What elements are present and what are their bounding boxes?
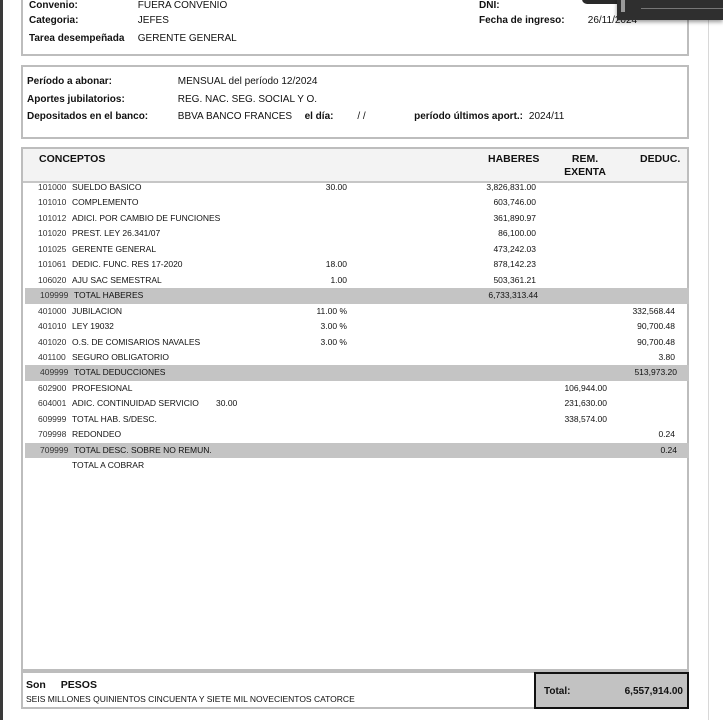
concept-quantity: 30.00 [216,396,237,412]
header-conceptos: CONCEPTOS [39,153,105,166]
table-row: 401010LEY 190323.00 %90,700.48 [23,319,687,335]
table-row: 401000JUBILACION11.00 %332,568.44 [23,304,687,320]
concept-quantity: 30.00 [326,180,347,196]
concept-description: AJU SAC SEMESTRAL [72,273,162,289]
concept-description: COMPLEMENTO [72,195,138,211]
rem-exenta-value: 106,944.00 [564,381,607,397]
haberes-value: 86,100.00 [498,226,536,242]
concept-description: GERENTE GENERAL [72,242,156,258]
concept-description: PROFESIONAL [72,381,132,397]
table-row: 101012ADICI. POR CAMBIO DE FUNCIONES361,… [23,211,687,227]
haberes-value: 878,142.23 [493,257,536,273]
aportes-value: REG. NAC. SEG. SOCIAL Y O. [178,94,317,105]
aportes-field: Aportes jubilatorios: REG. NAC. SEG. SOC… [27,94,317,105]
toolbar-handle[interactable] [621,0,625,12]
table-total-row: 109999TOTAL HABERES6,733,313.44 [25,288,689,304]
concept-quantity: 11.00 % [316,304,347,320]
categoria-label: Categoria: [29,15,135,26]
concept-quantity: 3.00 % [321,335,347,351]
deduccion-value: 0.24 [658,427,675,443]
convenio-label: Convenio: [29,0,135,11]
table-row: 101000SUELDO BASICO30.003,826,831.00 [23,180,687,196]
concept-description: ADICI. POR CAMBIO DE FUNCIONES [72,211,220,227]
concept-description: REDONDEO [72,427,121,443]
dia-value: / / [357,111,411,122]
dia-label: el día: [305,111,355,122]
deduccion-value: 332,568.44 [632,304,675,320]
haberes-value: 361,890.97 [493,211,536,227]
concept-code: 109999 [40,288,68,304]
deduccion-value: 513,973.20 [634,365,677,381]
table-row: TOTAL A COBRAR [23,458,687,474]
concept-quantity: 3.00 % [321,319,347,335]
table-row: 401020O.S. DE COMISARIOS NAVALES3.00 %90… [23,335,687,351]
table-row: 609999TOTAL HAB. S/DESC.338,574.00 [23,412,687,428]
table-row: 604001ADIC. CONTINUIDAD SERVICIO30.00231… [23,396,687,412]
ultimos-aportes-value: 2024/11 [529,111,564,122]
haberes-value: 603,746.00 [493,195,536,211]
redaction-overlay [582,0,622,4]
dni-label: DNI: [479,0,500,11]
rem-exenta-value: 231,630.00 [564,396,607,412]
table-total-row: 709999TOTAL DESC. SOBRE NO REMUN.0.24 [25,443,689,459]
table-row: 101020PREST. LEY 26.341/0786,100.00 [23,226,687,242]
employee-info-box: Convenio: FUERA CONVENIO Categoria: JEFE… [21,0,689,56]
concept-code: 709998 [38,427,66,443]
concept-code: 101061 [38,257,66,273]
tarea-value: GERENTE GENERAL [138,33,237,44]
concept-code: 609999 [38,412,66,428]
concept-code: 604001 [38,396,66,412]
dni-field: DNI: [479,0,500,11]
concept-description: ADIC. CONTINUIDAD SERVICIO [72,396,199,412]
convenio-value: FUERA CONVENIO [138,0,227,11]
period-info-box: Período a abonar: MENSUAL del período 12… [21,65,689,139]
tarea-field: Tarea desempeñada GERENTE GENERAL [29,33,237,44]
currency-label: PESOS [61,679,97,691]
table-row: 101061DEDIC. FUNC. RES 17-202018.00878,1… [23,257,687,273]
concept-description: PREST. LEY 26.341/07 [72,226,160,242]
concept-description: O.S. DE COMISARIOS NAVALES [72,335,200,351]
aportes-label: Aportes jubilatorios: [27,94,175,105]
page-left-border [0,0,3,720]
concept-description: TOTAL DEDUCCIONES [74,365,165,381]
total-label: Total: [544,686,570,697]
concept-quantity: 1.00 [330,273,347,289]
periodo-value: MENSUAL del período 12/2024 [178,76,318,87]
haberes-value: 473,242.03 [493,242,536,258]
categoria-value: JEFES [138,15,169,26]
table-row: 106020AJU SAC SEMESTRAL1.00503,361.21 [23,273,687,289]
concept-quantity: 18.00 [326,257,347,273]
concept-code: 101020 [38,226,66,242]
table-row: 401100SEGURO OBLIGATORIO3.80 [23,350,687,366]
concept-code: 101000 [38,180,66,196]
concept-code: 401100 [38,350,66,366]
table-row: 602900PROFESIONAL106,944.00 [23,381,687,397]
concept-code: 101012 [38,211,66,227]
fecha-ingreso-label: Fecha de ingreso: [479,15,585,26]
table-row: 709998REDONDEO0.24 [23,427,687,443]
concept-description: TOTAL A COBRAR [72,458,144,474]
haberes-value: 6,733,313.44 [488,288,538,304]
deduccion-value: 90,700.48 [637,335,675,351]
rem-exenta-value: 338,574.00 [564,412,607,428]
amount-in-words: SEIS MILLONES QUINIENTOS CINCUENTA Y SIE… [26,694,355,704]
periodo-field: Período a abonar: MENSUAL del período 12… [27,76,318,87]
concept-description: SUELDO BASICO [72,180,141,196]
total-box: Total: 6,557,914.00 [534,672,689,709]
concept-description: DEDIC. FUNC. RES 17-2020 [72,257,183,273]
concept-description: TOTAL HAB. S/DESC. [72,412,157,428]
banco-label: Depositados en el banco: [27,111,175,122]
concept-description: JUBILACION [72,304,122,320]
concept-description: TOTAL HABERES [74,288,143,304]
header-rem-exenta: REM. EXENTA [562,153,608,179]
fecha-ingreso-field: Fecha de ingreso: 26/11/2024 [479,15,637,26]
banco-field: Depositados en el banco: BBVA BANCO FRAN… [27,111,564,122]
banco-value: BBVA BANCO FRANCES [178,111,302,122]
header-haberes: HABERES [488,153,539,166]
concept-code: 101025 [38,242,66,258]
toolbar-divider [641,8,723,9]
haberes-value: 503,361.21 [493,273,536,289]
concept-description: TOTAL DESC. SOBRE NO REMUN. [74,443,212,459]
concept-description: SEGURO OBLIGATORIO [72,350,169,366]
viewer-toolbar-overlay [617,0,723,20]
table-total-row: 409999TOTAL DEDUCCIONES513,973.20 [25,365,689,381]
tarea-label: Tarea desempeñada [29,33,135,44]
periodo-label: Período a abonar: [27,76,175,87]
concept-code: 602900 [38,381,66,397]
concept-code: 106020 [38,273,66,289]
son-label: Son [26,679,46,691]
table-header: CONCEPTOS HABERES REM. EXENTA DEDUC. [23,149,687,183]
total-value: 6,557,914.00 [625,686,683,697]
concepts-table: CONCEPTOS HABERES REM. EXENTA DEDUC. 101… [21,147,689,671]
table-row: 101010COMPLEMENTO603,746.00 [23,195,687,211]
concept-description: LEY 19032 [72,319,114,335]
deduccion-value: 0.24 [660,443,677,459]
header-deduc: DEDUC. [640,153,680,166]
categoria-field: Categoria: JEFES [29,15,169,26]
concept-code: 401020 [38,335,66,351]
deduccion-value: 90,700.48 [637,319,675,335]
concept-code: 709999 [40,443,68,459]
deduccion-value: 3.80 [658,350,675,366]
son-title: Son PESOS [26,679,109,691]
concept-code: 401010 [38,319,66,335]
concept-code: 409999 [40,365,68,381]
concept-code: 401000 [38,304,66,320]
ultimos-aportes-label: período últimos aport.: [414,111,526,122]
haberes-value: 3,826,831.00 [486,180,536,196]
concept-code: 101010 [38,195,66,211]
table-row: 101025GERENTE GENERAL473,242.03 [23,242,687,258]
page-right-border [708,0,709,720]
convenio-field: Convenio: FUERA CONVENIO [29,0,227,11]
